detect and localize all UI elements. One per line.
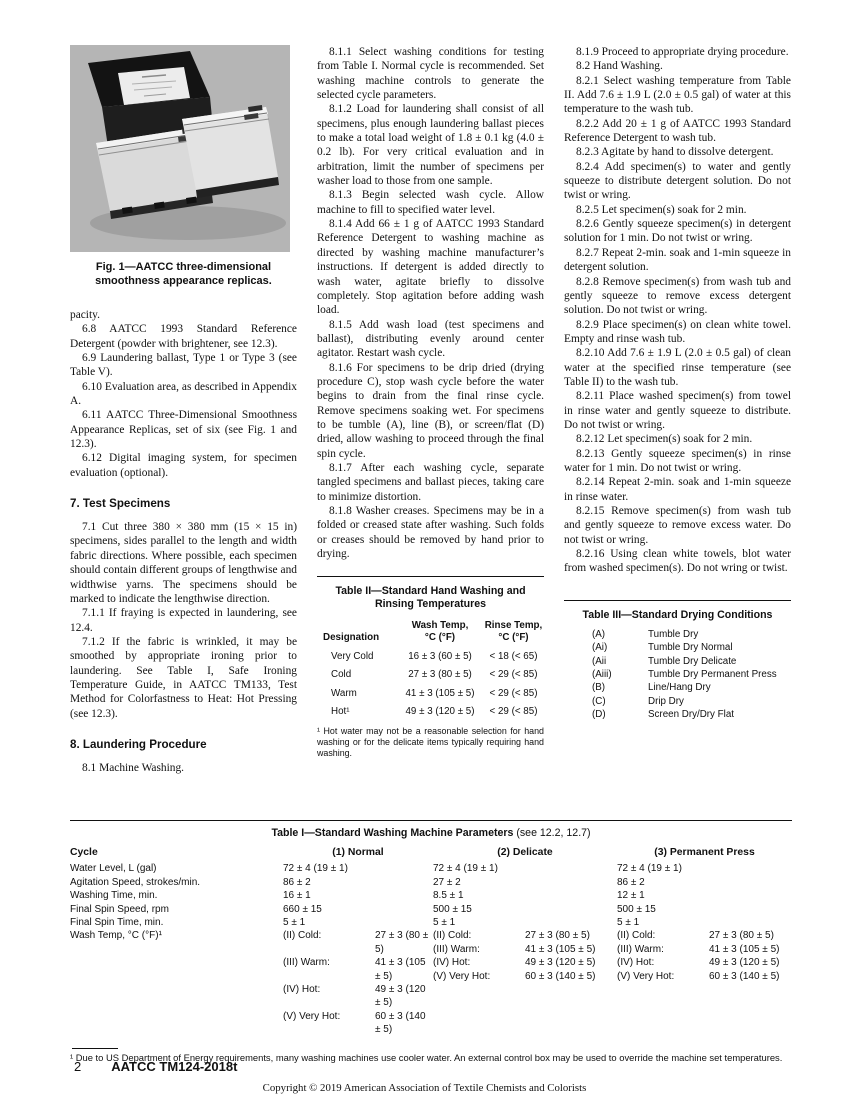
table-cell: (B): [592, 681, 648, 694]
table-cell: (IV) Hot:: [433, 956, 525, 969]
table-cell: 16 ± 1: [283, 889, 433, 902]
table-cell: Final Spin Time, min.: [70, 916, 283, 929]
table-1-header-row: Cycle (1) Normal (2) Delicate (3) Perman…: [70, 846, 792, 859]
body-paragraph: 8.2.2 Add 20 ± 1 g of AATCC 1993 Standar…: [564, 117, 791, 146]
table-cell: (C): [592, 695, 648, 708]
body-paragraph: 8.2.6 Gently squeeze specimen(s) in dete…: [564, 217, 791, 246]
table-cell: (A): [592, 628, 648, 641]
table-cell: 500 ± 15: [617, 903, 792, 916]
body-paragraph: 8.1 Machine Washing.: [70, 761, 297, 775]
table-row: (Ai) Tumble Dry Normal: [564, 641, 791, 654]
table-cell: Tumble Dry Normal: [648, 641, 791, 654]
table-cell: 72 ± 4 (19 ± 1): [433, 862, 617, 875]
table-2-top-rule: [317, 576, 544, 577]
table-cell: (Ai): [592, 641, 648, 654]
table-cell: 60 ± 3 (140 ± 5): [375, 1010, 433, 1037]
body-paragraph: 8.2.15 Remove specimen(s) from wash tub …: [564, 504, 791, 547]
table-2-header-row: Designation Wash Temp, °C (°F) Rinse Tem…: [317, 620, 544, 643]
body-paragraph: 8.2.10 Add 7.6 ± 1.9 L (2.0 ± 0.5 gal) o…: [564, 346, 791, 389]
document-page: Fig. 1—AATCC three-dimensional smoothnes…: [0, 0, 849, 1100]
body-paragraph: 8.2.7 Repeat 2-min. soak and 1-min squee…: [564, 246, 791, 275]
column-1: Fig. 1—AATCC three-dimensional smoothnes…: [70, 45, 297, 775]
body-paragraph: 8.2.5 Let specimen(s) soak for 2 min.: [564, 203, 791, 217]
table-cell: 72 ± 4 (19 ± 1): [283, 862, 433, 875]
table-row: Washing Time, min. 16 ± 1 8.5 ± 1 12 ± 1: [70, 889, 792, 902]
body-paragraph: pacity.: [70, 308, 297, 322]
table-cell: 27 ± 3 (80 ± 5): [525, 929, 617, 942]
body-paragraph: 8.2.13 Gently squeeze specimen(s) in rin…: [564, 447, 791, 476]
table-2: Table II—Standard Hand Washing and Rinsi…: [317, 576, 544, 759]
table-cell: 27 ± 3 (80 ± 5): [709, 929, 792, 942]
table-cell: 60 ± 3 (140 ± 5): [709, 970, 792, 983]
wash-temp-col-normal: (II) Cold:27 ± 3 (80 ± 5) (III) Warm:41 …: [283, 929, 433, 1036]
table-cell: 12 ± 1: [617, 889, 792, 902]
table-cell: (IV) Hot:: [617, 956, 709, 969]
column-2: 8.1.1 Select washing conditions for test…: [317, 45, 544, 775]
table-cell: Agitation Speed, strokes/min.: [70, 876, 283, 889]
table-1: Table I—Standard Washing Machine Paramet…: [70, 820, 792, 1063]
table-header: Cycle: [70, 846, 283, 859]
table-1-top-rule: [70, 820, 792, 821]
table-header: (1) Normal: [283, 846, 433, 859]
table-cell: (II) Cold:: [617, 929, 709, 942]
table-cell: 41 ± 3 (105 ± 5): [525, 943, 617, 956]
table-cell: 16 ± 3 (60 ± 5): [397, 651, 483, 662]
body-paragraph: 8.1.4 Add 66 ± 1 g of AATCC 1993 Standar…: [317, 217, 544, 317]
body-paragraph: 8.1.2 Load for laundering shall consist …: [317, 102, 544, 188]
table-cell: < 18 (< 65): [483, 651, 544, 662]
table-cell: (III) Warm:: [433, 943, 525, 956]
table-row: Hot¹ 49 ± 3 (120 ± 5) < 29 (< 85): [317, 706, 544, 717]
body-paragraph: 8.2.8 Remove specimen(s) from wash tub a…: [564, 275, 791, 318]
table-cell: (V) Very Hot:: [433, 970, 525, 983]
table-row: Final Spin Time, min. 5 ± 1 5 ± 1 5 ± 1: [70, 916, 792, 929]
table-row: (B) Line/Hang Dry: [564, 681, 791, 694]
table-header: (3) Permanent Press: [617, 846, 792, 859]
table-cell: 41 ± 3 (105 ± 5): [397, 688, 483, 699]
table-2-footnote: ¹ Hot water may not be a reasonable sele…: [317, 726, 544, 759]
table-cell: (IV) Hot:: [283, 983, 375, 1010]
table-1-title-bold: Table I—Standard Washing Machine Paramet…: [271, 827, 513, 839]
table-cell: Water Level, L (gal): [70, 862, 283, 875]
table-1-body: Water Level, L (gal) 72 ± 4 (19 ± 1) 72 …: [70, 862, 792, 1036]
table-row: (Aiii) Tumble Dry Permanent Press: [564, 668, 791, 681]
table-cell: (III) Warm:: [283, 956, 375, 983]
table-cell: 5 ± 1: [433, 916, 617, 929]
table-cell: (II) Cold:: [283, 929, 375, 956]
table-cell: 49 ± 3 (120 ± 5): [397, 706, 483, 717]
body-paragraph: 8.2.12 Let specimen(s) soak for 2 min.: [564, 432, 791, 446]
wash-temp-col-permanent-press: (II) Cold:27 ± 3 (80 ± 5) (III) Warm:41 …: [617, 929, 792, 1036]
body-paragraph: 7.1.2 If the fabric is wrinkled, it may …: [70, 635, 297, 721]
table-2-title: Table II—Standard Hand Washing and Rinsi…: [333, 585, 529, 611]
table-cell: Wash Temp, °C (°F)¹: [70, 929, 283, 1036]
table-header: (2) Delicate: [433, 846, 617, 859]
table-cell: Hot¹: [317, 706, 397, 717]
table-cell: 72 ± 4 (19 ± 1): [617, 862, 792, 875]
body-paragraph: 8.2.16 Using clean white towels, blot wa…: [564, 547, 791, 576]
table-cell: 86 ± 2: [283, 876, 433, 889]
table-cell: 49 ± 3 (120 ± 5): [525, 956, 617, 969]
three-column-layout: Fig. 1—AATCC three-dimensional smoothnes…: [70, 45, 792, 775]
body-paragraph: 8.1.5 Add wash load (test specimens and …: [317, 318, 544, 361]
section-heading-7: 7. Test Specimens: [70, 497, 297, 510]
body-paragraph: 7.1 Cut three 380 × 380 mm (15 × 15 in) …: [70, 520, 297, 606]
table-3-top-rule: [564, 600, 791, 601]
table-row: Cold 27 ± 3 (80 ± 5) < 29 (< 85): [317, 669, 544, 680]
table-cell: (II) Cold:: [433, 929, 525, 942]
table-2-header: Wash Temp, °C (°F): [397, 620, 483, 643]
table-cell: 5 ± 1: [283, 916, 433, 929]
table-cell: Tumble Dry Delicate: [648, 655, 791, 668]
wash-temp-col-delicate: (II) Cold:27 ± 3 (80 ± 5) (III) Warm:41 …: [433, 929, 617, 1036]
body-paragraph: 8.2.4 Add specimen(s) to water and gentl…: [564, 160, 791, 203]
table-cell: Warm: [317, 688, 397, 699]
body-paragraph: 6.10 Evaluation area, as described in Ap…: [70, 380, 297, 409]
copyright-line: Copyright © 2019 American Association of…: [0, 1082, 849, 1094]
figure-photo: [70, 45, 290, 252]
document-id: AATCC TM124-2018t: [111, 1059, 237, 1074]
table-2-header: Rinse Temp, °C (°F): [483, 620, 544, 643]
table-cell: (Aiii): [592, 668, 648, 681]
footnote-separator: [72, 1048, 118, 1049]
table-cell: 86 ± 2: [617, 876, 792, 889]
table-row: (D) Screen Dry/Dry Flat: [564, 708, 791, 721]
body-paragraph: 8.1.1 Select washing conditions for test…: [317, 45, 544, 102]
body-paragraph: 8.2.11 Place washed specimen(s) from tow…: [564, 389, 791, 432]
table-cell: (D): [592, 708, 648, 721]
table-cell: (V) Very Hot:: [283, 1010, 375, 1037]
table-2-header: Designation: [317, 632, 397, 644]
table-cell: 49 ± 3 (120 ± 5): [375, 983, 433, 1010]
table-cell: 27 ± 2: [433, 876, 617, 889]
table-cell: < 29 (< 85): [483, 669, 544, 680]
table-row: Very Cold 16 ± 3 (60 ± 5) < 18 (< 65): [317, 651, 544, 662]
body-paragraph: 6.9 Laundering ballast, Type 1 or Type 3…: [70, 351, 297, 380]
table-cell: (III) Warm:: [617, 943, 709, 956]
table-1-title: Table I—Standard Washing Machine Paramet…: [70, 827, 792, 839]
body-paragraph: 8.2.1 Select washing temperature from Ta…: [564, 74, 791, 117]
body-paragraph: 6.11 AATCC Three-Dimensional Smoothness …: [70, 408, 297, 451]
footer: 2 AATCC TM124-2018t: [74, 1059, 237, 1074]
table-3-body: (A) Tumble Dry (Ai) Tumble Dry Normal (A…: [564, 628, 791, 722]
table-row: (C) Drip Dry: [564, 695, 791, 708]
column-3: 8.1.9 Proceed to appropriate drying proc…: [564, 45, 791, 775]
body-paragraph: 8.1.3 Begin selected wash cycle. Allow m…: [317, 188, 544, 217]
table-cell: Very Cold: [317, 651, 397, 662]
table-row-wash-temp: Wash Temp, °C (°F)¹ (II) Cold:27 ± 3 (80…: [70, 929, 792, 1036]
body-paragraph: 8.2.9 Place specimen(s) on clean white t…: [564, 318, 791, 347]
body-paragraph: 8.2 Hand Washing.: [564, 59, 791, 73]
table-cell: 41 ± 3 (105 ± 5): [709, 943, 792, 956]
table-3-title: Table III—Standard Drying Conditions: [564, 609, 791, 621]
table-row: Warm 41 ± 3 (105 ± 5) < 29 (< 85): [317, 688, 544, 699]
body-paragraph: 8.1.8 Washer creases. Specimens may be i…: [317, 504, 544, 561]
table-cell: Tumble Dry: [648, 628, 791, 641]
table-1-title-ref: (see 12.2, 12.7): [513, 827, 590, 839]
body-paragraph: 8.1.9 Proceed to appropriate drying proc…: [564, 45, 791, 59]
table-cell: 660 ± 15: [283, 903, 433, 916]
table-cell: 49 ± 3 (120 ± 5): [709, 956, 792, 969]
body-paragraph: 8.2.3 Agitate by hand to dissolve deterg…: [564, 145, 791, 159]
table-3: Table III—Standard Drying Conditions (A)…: [564, 600, 791, 722]
table-cell: Final Spin Speed, rpm: [70, 903, 283, 916]
table-cell: (V) Very Hot:: [617, 970, 709, 983]
body-paragraph: 8.1.7 After each washing cycle, separate…: [317, 461, 544, 504]
section-heading-8: 8. Laundering Procedure: [70, 738, 297, 751]
body-paragraph: 6.12 Digital imaging system, for specime…: [70, 451, 297, 480]
table-cell: < 29 (< 85): [483, 706, 544, 717]
replicas-photo-illustration: [70, 45, 290, 252]
figure-caption: Fig. 1—AATCC three-dimensional smoothnes…: [84, 261, 283, 288]
table-row: (Aii Tumble Dry Delicate: [564, 655, 791, 668]
table-cell: 500 ± 15: [433, 903, 617, 916]
table-cell: Tumble Dry Permanent Press: [648, 668, 791, 681]
table-cell: Drip Dry: [648, 695, 791, 708]
table-row: (A) Tumble Dry: [564, 628, 791, 641]
body-paragraph: 8.2.14 Repeat 2-min. soak and 1-min sque…: [564, 475, 791, 504]
table-cell: Washing Time, min.: [70, 889, 283, 902]
table-cell: Screen Dry/Dry Flat: [648, 708, 791, 721]
table-row: Agitation Speed, strokes/min. 86 ± 2 27 …: [70, 876, 792, 889]
body-paragraph: 7.1.1 If fraying is expected in launderi…: [70, 606, 297, 635]
table-cell: < 29 (< 85): [483, 688, 544, 699]
page-number: 2: [74, 1059, 81, 1074]
table-cell: 5 ± 1: [617, 916, 792, 929]
table-cell: 41 ± 3 (105 ± 5): [375, 956, 433, 983]
table-cell: 27 ± 3 (80 ± 5): [397, 669, 483, 680]
table-row: Water Level, L (gal) 72 ± 4 (19 ± 1) 72 …: [70, 862, 792, 875]
table-cell: Cold: [317, 669, 397, 680]
table-cell: 8.5 ± 1: [433, 889, 617, 902]
body-paragraph: 8.1.6 For specimens to be drip dried (dr…: [317, 361, 544, 461]
table-cell: Line/Hang Dry: [648, 681, 791, 694]
body-paragraph: 6.8 AATCC 1993 Standard Reference Deterg…: [70, 322, 297, 351]
table-cell: 27 ± 3 (80 ± 5): [375, 929, 433, 956]
table-cell: 60 ± 3 (140 ± 5): [525, 970, 617, 983]
table-row: Final Spin Speed, rpm 660 ± 15 500 ± 15 …: [70, 903, 792, 916]
table-cell: (Aii: [592, 655, 648, 668]
